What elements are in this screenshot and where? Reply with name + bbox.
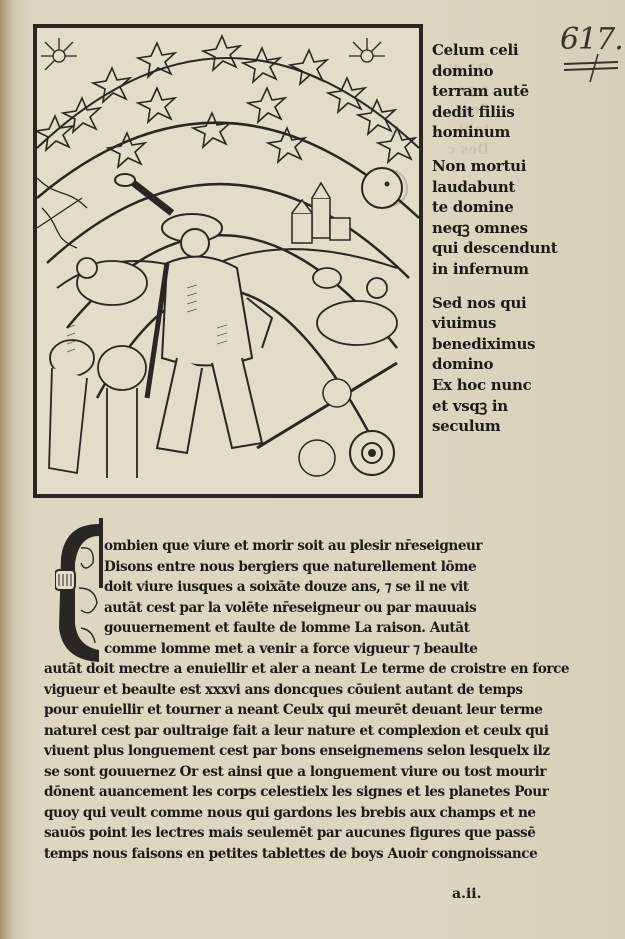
text-line: ombien que viure et morir soit au plesir… bbox=[44, 536, 564, 557]
marginal-psalm-verse: Celum celi domino terram autē dedit fili… bbox=[432, 40, 582, 450]
verse-stanza: Celum celi domino terram autē dedit fili… bbox=[432, 40, 582, 143]
text-line: dōnent auancement les corps celestielx l… bbox=[44, 782, 564, 803]
verse-line: te domine bbox=[432, 197, 582, 218]
text-line: temps nous faisons en petites tablettes … bbox=[44, 844, 564, 865]
text-line: pour enuiellir et tourner a neant Ceulx … bbox=[44, 700, 564, 721]
text-line: doit viure iusques a soixāte douze ans, … bbox=[44, 577, 564, 598]
body-text: ombien que viure et morir soit au plesir… bbox=[44, 536, 564, 864]
verse-line: in infernum bbox=[432, 259, 582, 280]
verse-line: terram autē bbox=[432, 81, 582, 102]
text-line: autāt cest par la volēte nr̄eseigneur ou… bbox=[44, 598, 564, 619]
text-line: vigueur et beaulte est xxxvi ans doncque… bbox=[44, 680, 564, 701]
crescent-moon-icon bbox=[362, 168, 407, 208]
gutter-shadow bbox=[0, 0, 14, 939]
verse-line: qui descendunt bbox=[432, 238, 582, 259]
verse-line: seculum bbox=[432, 416, 582, 437]
verse-line: Ex hoc nunc bbox=[432, 375, 582, 396]
text-line: Disons entre nous bergiers que naturelle… bbox=[44, 557, 564, 578]
text-line: se sont gouuernez Or est ainsi que a lon… bbox=[44, 762, 564, 783]
verse-stanza: Sed nos qui viuimus benediximus domino E… bbox=[432, 293, 582, 437]
verse-line: Sed nos qui bbox=[432, 293, 582, 314]
flower-icon bbox=[299, 379, 351, 476]
text-line: viuent plus longuement cest par bons ens… bbox=[44, 741, 564, 762]
verse-line: benediximus bbox=[432, 334, 582, 355]
text-line: comme lomme met a venir a force vigueur … bbox=[44, 639, 564, 660]
verse-line: hominum bbox=[432, 122, 582, 143]
text-line: gouuernement et faulte de lomme La raiso… bbox=[44, 618, 564, 639]
verse-line: laudabunt bbox=[432, 177, 582, 198]
verse-line: viuimus bbox=[432, 313, 582, 334]
text-line: naturel cest par oultraige fait a leur n… bbox=[44, 721, 564, 742]
shepherd-woodcut-image bbox=[37, 28, 419, 494]
castle-icon bbox=[292, 183, 350, 243]
verse-stanza: Non mortui laudabunt te domine neqꝫ omne… bbox=[432, 156, 582, 280]
verse-line: et vsqꝫ in bbox=[432, 396, 582, 417]
text-line: sauōs point les lectres mais seulemēt pa… bbox=[44, 823, 564, 844]
woodcut-illustration bbox=[33, 24, 423, 498]
verse-line: Non mortui bbox=[432, 156, 582, 177]
sundial-icon bbox=[350, 431, 394, 475]
verse-line: domino bbox=[432, 61, 582, 82]
text-line: autāt doit mectre a enuiellir et aler a … bbox=[44, 659, 564, 680]
verse-line: Celum celi bbox=[432, 40, 582, 61]
verse-line: domino bbox=[432, 354, 582, 375]
text-line: quoy qui veult comme nous qui gardons le… bbox=[44, 803, 564, 824]
dog-icon bbox=[49, 340, 146, 478]
signature-mark: a.ii. bbox=[452, 886, 481, 902]
verse-line: neqꝫ omnes bbox=[432, 218, 582, 239]
verse-line: dedit filiis bbox=[432, 102, 582, 123]
book-page: Dō disꝑ poSontabiDes c bbox=[0, 0, 625, 939]
